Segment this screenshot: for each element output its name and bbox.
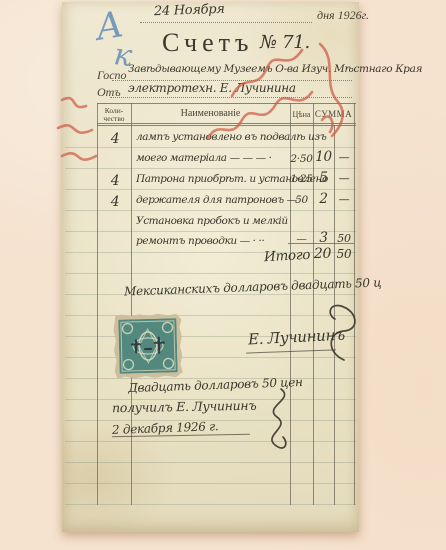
- row3-rub: 2: [313, 191, 334, 207]
- table-header-bottom-line-2: [97, 125, 356, 126]
- signature-flourish: [322, 300, 362, 364]
- table-qty-divider: [131, 103, 132, 505]
- row1-qty: 4: [104, 131, 126, 147]
- col-header-name: Наименованіе: [131, 108, 290, 119]
- date-handwritten: 24 Ноября: [154, 2, 225, 19]
- total-label: Итого: [264, 247, 311, 265]
- document-title: Счетъ: [162, 28, 253, 58]
- col-header-price: Цѣна: [290, 110, 313, 119]
- table-left-line: [97, 103, 98, 505]
- addressee-from-dotted-line: [110, 97, 352, 98]
- invoice-paper: А к 24 Ноября дня 1926г. Счетъ № 71. Гос…: [62, 2, 359, 532]
- col-header-sum: СУММА: [313, 109, 354, 119]
- table-top-line: [97, 103, 356, 104]
- row4-desc-line1: Установка пробокъ и мелкій: [136, 215, 288, 227]
- invoice-number: № 71.: [260, 32, 310, 53]
- addressee-from-value: электротехн. Е. Лучинина: [128, 81, 296, 95]
- total-kop: 50: [334, 247, 354, 261]
- row3-kop: —: [334, 193, 354, 206]
- date-dotted-line: [140, 22, 312, 23]
- row4-desc-line2: ремонтъ проводки — · ··: [136, 235, 264, 247]
- row4-kop: 50: [334, 232, 354, 245]
- col-header-qty-line2: чество: [97, 114, 131, 123]
- row3-qty: 4: [104, 194, 126, 210]
- row4-price: —: [290, 233, 313, 245]
- row2-kop: —: [334, 172, 354, 185]
- row2-price: 1·25: [290, 173, 313, 185]
- row4-rub: 3: [313, 230, 334, 246]
- row1-price: 2·50: [290, 153, 313, 165]
- row2-qty: 4: [104, 173, 126, 189]
- revenue-stamp: [113, 313, 183, 379]
- row1-rub: 10: [313, 149, 334, 165]
- row3-price: 50: [290, 194, 313, 206]
- row1-desc-line2: моего матеріала — — — ·: [136, 152, 272, 164]
- addressee-to-value: Завѣдывающему Музеемъ О-ва Изуч. Мѣстнаг…: [128, 63, 422, 75]
- revenue-stamp-art: [118, 318, 177, 373]
- table-header-bottom-line-1: [97, 123, 356, 124]
- date-printed: дня 1926г.: [317, 8, 369, 23]
- receipt-line2: получилъ Е. Лучининъ: [112, 398, 257, 416]
- total-rub: 20: [311, 246, 334, 262]
- scanned-invoice-photo: А к 24 Ноября дня 1926г. Счетъ № 71. Гос…: [0, 0, 446, 550]
- row2-rub: 5: [313, 170, 334, 186]
- row1-kop: —: [334, 151, 354, 164]
- receipt-flourish: [255, 385, 295, 455]
- row3-desc-line1: держателя для патроновъ —: [136, 194, 297, 206]
- row1-desc-line1: лампъ установлено въ подвалѣ изъ: [136, 131, 326, 143]
